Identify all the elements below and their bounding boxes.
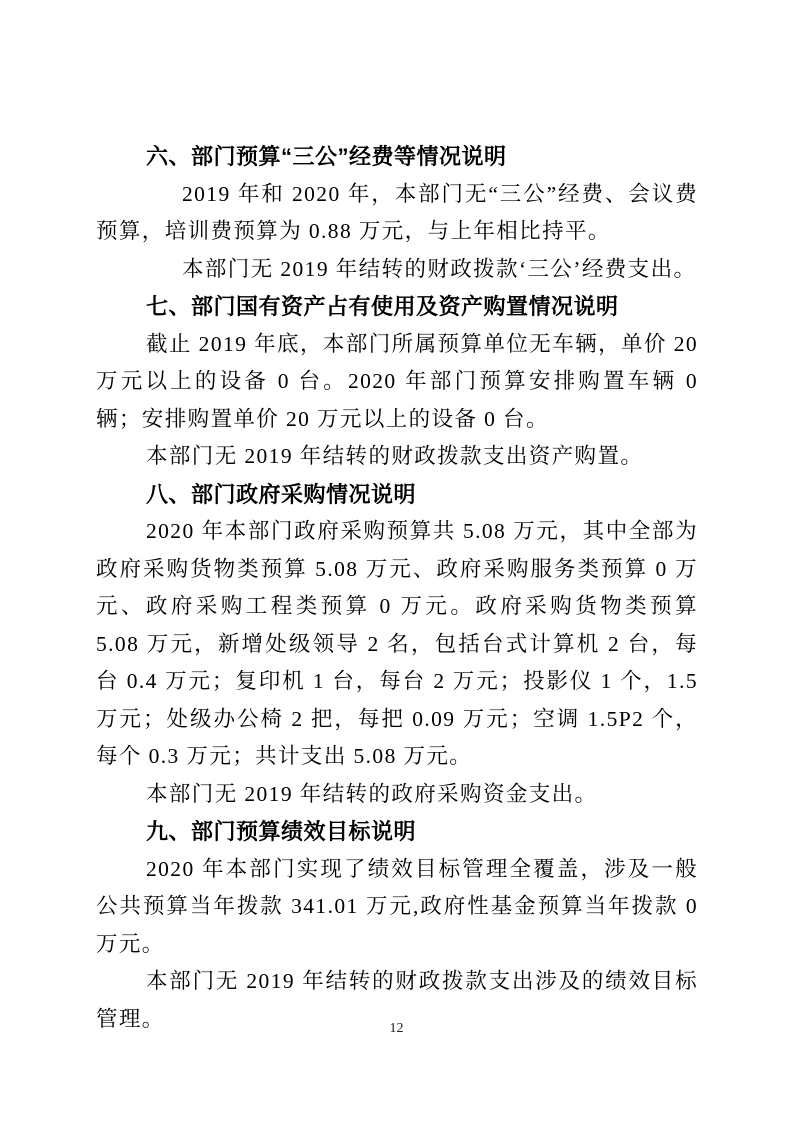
section-heading: 六、部门预算“三公”经费等情况说明	[96, 138, 698, 176]
section-government-procurement: 八、部门政府采购情况说明 2020 年本部门政府采购预算共 5.08 万元，其中…	[96, 476, 698, 814]
section-heading: 九、部门预算绩效目标说明	[96, 813, 698, 851]
paragraph: 本部门无 2019 年结转的政府采购资金支出。	[96, 776, 698, 814]
page-footer: 12	[0, 1020, 793, 1038]
paragraph: 2020 年本部门实现了绩效目标管理全覆盖，涉及一般公共预算当年拨款 341.0…	[96, 851, 698, 964]
paragraph: 2020 年本部门政府采购预算共 5.08 万元，其中全部为政府采购货物类预算 …	[96, 513, 698, 776]
page-content: 六、部门预算“三公”经费等情况说明 2019 年和 2020 年，本部门无“三公…	[96, 138, 698, 1038]
paragraph: 本部门无 2019 年结转的财政拨款‘三公’经费支出。	[96, 251, 698, 289]
section-performance-targets: 九、部门预算绩效目标说明 2020 年本部门实现了绩效目标管理全覆盖，涉及一般公…	[96, 813, 698, 1038]
section-sangong-expenses: 六、部门预算“三公”经费等情况说明 2019 年和 2020 年，本部门无“三公…	[96, 138, 698, 288]
paragraph: 2019 年和 2020 年，本部门无“三公”经费、会议费预算，培训费预算为 0…	[96, 176, 698, 251]
document-page: 六、部门预算“三公”经费等情况说明 2019 年和 2020 年，本部门无“三公…	[0, 0, 793, 1122]
section-heading: 七、部门国有资产占有使用及资产购置情况说明	[96, 288, 698, 326]
section-state-assets: 七、部门国有资产占有使用及资产购置情况说明 截止 2019 年底，本部门所属预算…	[96, 288, 698, 476]
paragraph: 本部门无 2019 年结转的财政拨款支出资产购置。	[96, 438, 698, 476]
section-heading: 八、部门政府采购情况说明	[96, 476, 698, 514]
page-number: 12	[390, 1021, 404, 1036]
paragraph: 截止 2019 年底，本部门所属预算单位无车辆，单价 20 万元以上的设备 0 …	[96, 326, 698, 439]
